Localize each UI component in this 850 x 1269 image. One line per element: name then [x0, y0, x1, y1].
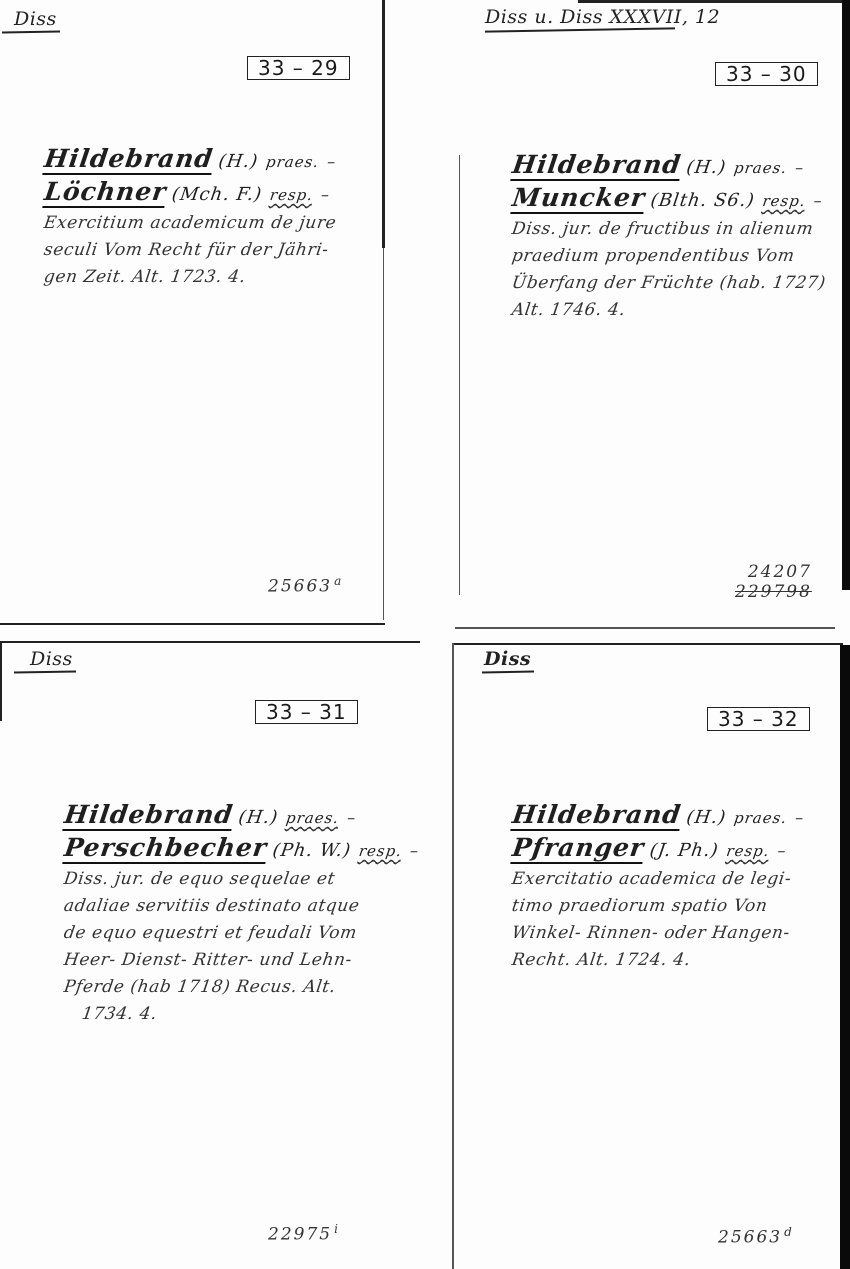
author-second: Löchner [42, 177, 168, 208]
scanned-catalog-sheet: Diss 33 – 29 Hildebrand(H.)praes.– Löchn… [0, 0, 850, 1269]
author-main: Hildebrand [42, 144, 215, 175]
author-second-role: resp. [725, 842, 771, 860]
title-line: 1734. 4. [80, 1001, 421, 1028]
title-line: adaliae servitiis destinato atque [62, 893, 421, 920]
author-main: Hildebrand [510, 800, 683, 831]
title-line: timo praediorum spatio Von [510, 893, 806, 920]
author-second-role: resp. [761, 192, 807, 210]
author-main-role: praes. [285, 809, 341, 827]
title-line: Diss. jur. de fructibus in alienum [510, 216, 827, 243]
card-edge [578, 0, 850, 3]
title-line: Alt. 1746. 4. [510, 297, 827, 324]
scan-border [840, 645, 850, 1269]
card-edge [452, 643, 454, 1269]
card-edge [459, 155, 460, 595]
title-line: Exercitium academicum de jure [42, 210, 338, 237]
author-second-initials: (Ph. W.) [271, 840, 352, 861]
author-second-role: resp. [358, 842, 404, 860]
author-second-initials: (Blth. S6.) [649, 190, 756, 211]
card-edge [383, 248, 384, 620]
title-line: Heer- Dienst- Ritter- und Lehn- [62, 947, 421, 974]
shelfmark-box: 33 – 29 [247, 56, 350, 80]
shelfmark-box: 33 – 30 [715, 62, 818, 86]
author-main-initials: (H.) [685, 157, 727, 178]
author-main-role: praes. [733, 809, 789, 827]
author-main: Hildebrand [62, 800, 235, 831]
card-edge [0, 623, 385, 625]
shelfmark-box: 33 – 31 [255, 700, 358, 724]
accession-number: 25663d [718, 1225, 794, 1248]
title-line: praedium propendentibus Vom [510, 243, 827, 270]
accession-number: 22975i [268, 1222, 340, 1245]
accession-number-struck: 229798 [735, 582, 812, 602]
catalog-entry: Hildebrand(H.)praes.– Muncker(Blth. S6.)… [510, 150, 824, 324]
title-line: Überfang der Früchte (hab. 1727) [510, 270, 827, 297]
author-main-initials: (H.) [685, 807, 727, 828]
category-label: Diss u. Diss XXXVII, 12 [485, 6, 720, 31]
card-edge [0, 641, 420, 643]
category-label: Diss [30, 648, 76, 673]
title-line: seculi Vom Recht für der Jähri- [42, 237, 338, 264]
title-line: Pferde (hab 1718) Recus. Alt. [62, 974, 421, 1001]
catalog-entry: Hildebrand(H.)praes.– Pfranger(J. Ph.)re… [510, 800, 802, 974]
accession-number: 24207 229798 [735, 562, 812, 602]
title-line: Winkel- Rinnen- oder Hangen- [510, 920, 806, 947]
author-second-role: resp. [269, 186, 315, 204]
author-second-initials: (Mch. F.) [171, 184, 264, 205]
author-main: Hildebrand [510, 150, 683, 181]
catalog-entry: Hildebrand(H.)praes.– Löchner(Mch. F.)re… [42, 144, 334, 291]
card-edge [455, 627, 835, 629]
scan-border [842, 0, 850, 590]
author-second: Perschbecher [62, 833, 269, 864]
title-line: gen Zeit. Alt. 1723. 4. [42, 264, 338, 291]
author-main-role: praes. [733, 159, 789, 177]
catalog-entry: Hildebrand(H.)praes.– Perschbecher(Ph. W… [62, 800, 417, 1028]
accession-number: 25663a [268, 574, 343, 597]
title-line: Diss. jur. de equo sequelae et [62, 866, 421, 893]
card-edge [0, 641, 2, 721]
category-label: Diss [14, 8, 60, 33]
author-main-initials: (H.) [237, 807, 279, 828]
title-line: de equo equestri et feudali Vom [62, 920, 421, 947]
author-second-initials: (J. Ph.) [648, 840, 720, 861]
author-second: Pfranger [510, 833, 646, 864]
title-line: Recht. Alt. 1724. 4. [510, 947, 806, 974]
author-second: Muncker [510, 183, 647, 214]
title-line: Exercitatio academica de legi- [510, 866, 806, 893]
shelfmark-box: 33 – 32 [707, 707, 810, 731]
card-edge [382, 0, 385, 248]
card-edge [453, 643, 843, 645]
category-label: Diss [484, 648, 534, 673]
author-main-initials: (H.) [217, 151, 259, 172]
author-main-role: praes. [265, 153, 321, 171]
